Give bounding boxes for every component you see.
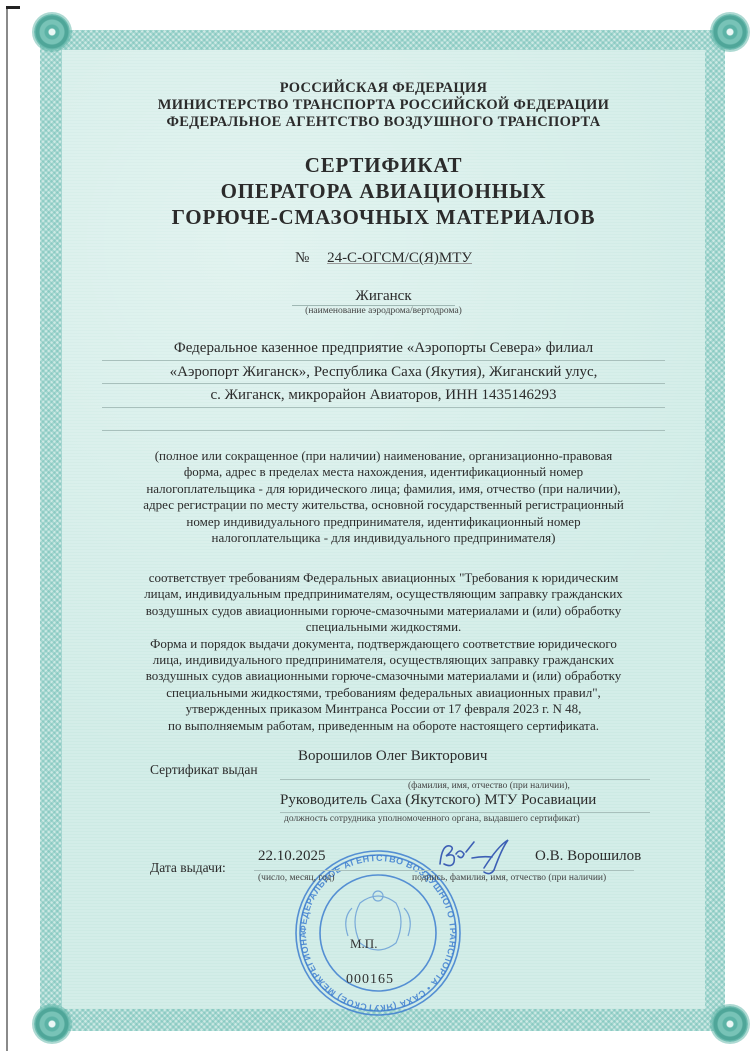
compliance-text: соответствует требованиям Федеральных ав… xyxy=(62,570,705,734)
text-line: специальными жидкостями, требованиям фед… xyxy=(72,685,695,701)
issue-date-caption: (число, месяц, год) xyxy=(258,873,335,883)
text-line: по выполняемым работам, приведенным на о… xyxy=(72,718,695,734)
text-line: воздушных судов авиационными горюче-смаз… xyxy=(72,603,695,619)
rosette-icon xyxy=(34,1006,70,1042)
organization-line: Федеральное казенное предприятие «Аэропо… xyxy=(102,337,665,361)
header-agency: ФЕДЕРАЛЬНОЕ АГЕНТСТВО ВОЗДУШНОГО ТРАНСПО… xyxy=(62,114,705,131)
rosette-icon xyxy=(712,14,748,50)
header-ministry: МИНИСТЕРСТВО ТРАНСПОРТА РОССИЙСКОЙ ФЕДЕР… xyxy=(62,97,705,114)
aerodrome-block: Жиганск (наименование аэродрома/вертодро… xyxy=(62,288,705,317)
title-line: СЕРТИФИКАТ xyxy=(62,152,705,178)
issued-position-rule xyxy=(280,812,650,813)
number-symbol: № xyxy=(295,250,309,266)
issue-date-label: Дата выдачи: xyxy=(150,860,226,876)
issued-position: Руководитель Саха (Якутского) МТУ Росави… xyxy=(280,792,596,809)
certificate-title: СЕРТИФИКАТ ОПЕРАТОРА АВИАЦИОННЫХ ГОРЮЧЕ-… xyxy=(62,152,705,230)
title-line: ОПЕРАТОРА АВИАЦИОННЫХ xyxy=(62,178,705,204)
stamp-serial: 000165 xyxy=(346,972,394,988)
text-line: утвержденных приказом Минтранса России о… xyxy=(72,701,695,717)
issued-name-rule xyxy=(280,779,650,780)
caption-line: налогоплательщика - для юридического лиц… xyxy=(87,481,680,497)
title-line: ГОРЮЧЕ-СМАЗОЧНЫХ МАТЕРИАЛОВ xyxy=(62,204,705,230)
organization-block: Федеральное казенное предприятие «Аэропо… xyxy=(62,337,705,431)
signature-icon xyxy=(432,836,512,876)
issued-label: Сертификат выдан xyxy=(150,762,258,778)
caption-line: (полное или сокращенное (при наличии) на… xyxy=(87,448,680,464)
organization-line: с. Жиганск, микрорайон Авиаторов, ИНН 14… xyxy=(102,384,665,408)
caption-line: налогоплательщика - для индивидуального … xyxy=(87,530,680,546)
aerodrome-caption: (наименование аэродрома/вертодрома) xyxy=(62,306,705,317)
issue-date-value: 22.10.2025 xyxy=(258,848,326,865)
caption-line: форма, адрес в пределах места нахождения… xyxy=(87,464,680,480)
issuer-header: РОССИЙСКАЯ ФЕДЕРАЦИЯ МИНИСТЕРСТВО ТРАНСП… xyxy=(62,80,705,131)
issued-name: Ворошилов Олег Викторович xyxy=(298,748,487,765)
text-line: лицам, индивидуальным предпринимателям, … xyxy=(72,586,695,602)
caption-line: номер индивидуального предпринимателя, и… xyxy=(87,514,680,530)
stamp-mp: М.П. xyxy=(350,936,377,952)
signer-name: О.В. Ворошилов xyxy=(535,848,641,865)
certificate-number: № 24-С-ОГСМ/С(Я)МТУ xyxy=(62,250,705,267)
organization-line: «Аэропорт Жиганск», Республика Саха (Яку… xyxy=(102,361,665,385)
scan-mark xyxy=(6,6,20,9)
issued-position-caption: должность сотрудника уполномоченного орг… xyxy=(284,814,580,824)
aerodrome-name: Жиганск xyxy=(62,288,705,305)
text-line: лица, индивидуального предпринимателя, о… xyxy=(72,652,695,668)
organization-caption: (полное или сокращенное (при наличии) на… xyxy=(62,448,705,546)
number-value: 24-С-ОГСМ/С(Я)МТУ xyxy=(327,250,472,266)
text-line: специальными жидкостями. xyxy=(72,619,695,635)
rosette-icon xyxy=(34,14,70,50)
organization-line xyxy=(102,408,665,431)
header-country: РОССИЙСКАЯ ФЕДЕРАЦИЯ xyxy=(62,80,705,97)
issued-name-caption: (фамилия, имя, отчество (при наличии), xyxy=(408,781,570,791)
text-line: соответствует требованиям Федеральных ав… xyxy=(72,570,695,586)
text-line: Форма и порядок выдачи документа, подтве… xyxy=(72,636,695,652)
rosette-icon xyxy=(712,1006,748,1042)
text-line: воздушных судов авиационными горюче-смаз… xyxy=(72,668,695,684)
caption-line: адрес регистрации по месту жительства, о… xyxy=(87,497,680,513)
scan-edge xyxy=(6,6,8,1051)
